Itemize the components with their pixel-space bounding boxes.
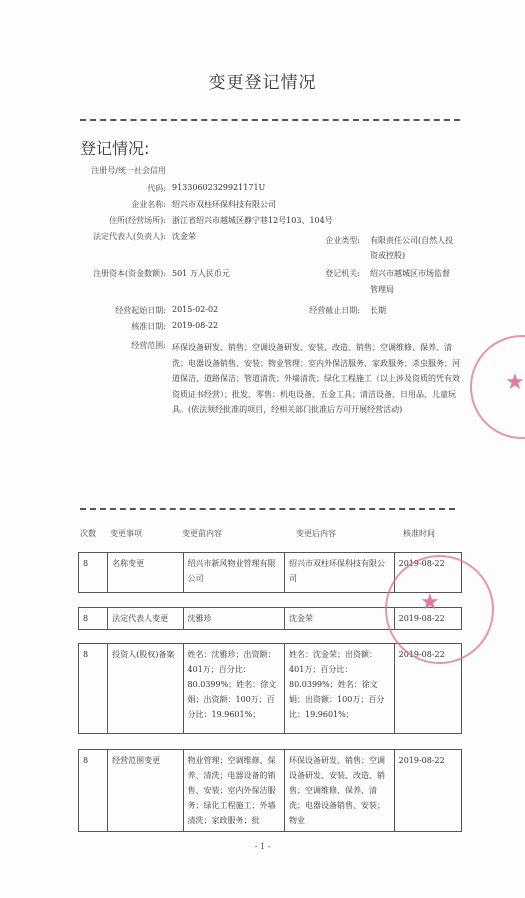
capital-label: 注册资本(资金数额): [56,268,166,279]
approval-date-label: 核准日期: [56,321,166,332]
section-title: 登记情况: [80,136,149,159]
row-item: 名称变更 [108,553,183,593]
start-date-label: 经营起始日期: [56,305,166,316]
authority-value-line1: 绍兴市越城区市场监督 [370,268,450,279]
section-divider-middle [80,508,455,510]
credit-code-value: 91330602329921171U [172,183,265,192]
legal-rep-label: 法定代表人(负责人): [56,231,166,242]
end-date-label: 经营截止日期: [250,305,360,316]
company-type-value-line2: 资或控股) [370,250,405,261]
company-type-value-line1: 有限责任公司(自然人投 [370,235,453,246]
row-after: 环保设备研发、销售；空调设备研发、安装、改造、销售；空调维修、保养、清洗；电器设… [285,750,395,832]
legal-rep-value: 沈金荣 [172,231,196,242]
start-date-value: 2015-02-02 [172,305,218,314]
row-no: 8 [79,553,108,593]
row-after: 姓名：沈金荣；出资额：401万；百分比：80.0399%；姓名：徐文娟；出资额：… [285,644,395,734]
header-date: 核准时间 [403,528,435,539]
scope-label: 经营范围: [56,340,166,351]
credit-code-label-line2: 代码: [56,183,166,194]
approval-date-value: 2019-08-22 [172,321,218,330]
scope-value: 环保设备研发、销售；空调设备研发、安装、改造、销售；空调维修、保养、清洗；电器设… [172,340,462,418]
row-item: 经营范围变更 [108,750,183,832]
company-name-value: 绍兴市双柱环保科技有限公司 [172,199,276,210]
header-before: 变更前内容 [182,528,222,539]
authority-label: 登记机关: [250,268,360,279]
credit-code-label-line1: 注册号/统一社会信用 [56,165,166,176]
section-divider-top [80,119,460,121]
row-after: 绍兴市双柱环保科技有限公司 [285,553,395,593]
row-before: 姓名：沈雅珍；出资额：401万；百分比：80.0399%；姓名：徐文娟；出资额：… [183,644,285,734]
page-number: - 1 - [0,842,525,851]
seal-star-icon: ★ [505,370,525,395]
header-after: 变更后内容 [296,528,336,539]
header-item: 变更事项 [110,528,142,539]
company-name-label: 企业名称: [56,199,166,210]
row-before: 物业管理；空调维修、保养、清洗；电器设备的销售、安装；室内外保洁服务；绿化工程施… [183,750,285,832]
address-label: 住所(经营场所): [56,215,166,226]
company-type-label: 企业类型: [250,235,360,246]
end-date-value: 长期 [370,305,386,316]
address-value: 浙江省绍兴市越城区静宁巷12号103、104号 [172,215,333,226]
authority-value-line2: 管理局 [370,284,394,295]
row-no: 8 [79,644,108,734]
header-count: 次数 [80,528,96,539]
change-row-3: 8 投资人(股权)备案 姓名：沈雅珍；出资额：401万；百分比：80.0399%… [78,643,462,734]
row-no: 8 [79,750,108,832]
capital-value: 501 万人民币元 [172,268,230,279]
change-row-4: 8 经营范围变更 物业管理；空调维修、保养、清洗；电器设备的销售、安装；室内外保… [78,749,462,832]
row-no: 8 [79,608,108,630]
row-item: 投资人(股权)备案 [108,644,183,734]
row-item: 法定代表人变更 [108,608,183,630]
seal-star-icon: ★ [420,590,440,615]
row-before: 沈雅珍 [183,608,285,630]
row-before: 绍兴市新风物业管理有限公司 [183,553,285,593]
row-date: 2019-08-22 [394,750,461,832]
document-title: 变更登记情况 [0,68,525,93]
row-after: 沈金荣 [285,608,395,630]
